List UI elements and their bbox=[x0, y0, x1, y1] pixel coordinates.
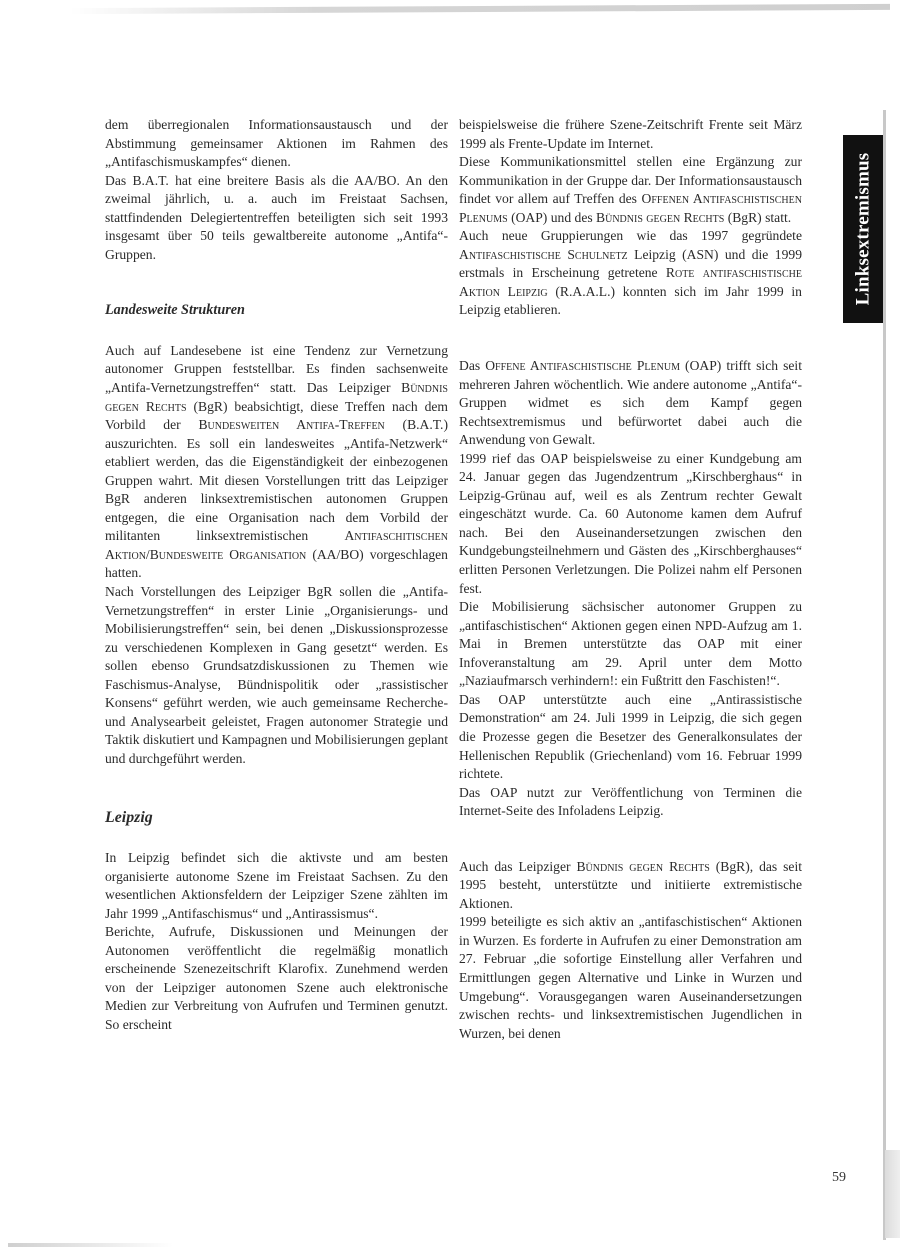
right-column: beispielsweise die frühere Szene-Zeitsch… bbox=[459, 116, 802, 1043]
paragraph: Das OAP nutzt zur Veröffentlichung von T… bbox=[459, 784, 802, 821]
subsection-heading: Leipzig bbox=[105, 809, 448, 828]
paragraph: Auch neue Gruppierungen wie das 1997 geg… bbox=[459, 227, 802, 320]
section-tab-label: Linksextremismus bbox=[852, 153, 874, 306]
scan-edge-top bbox=[70, 4, 890, 14]
org-name: Offene Antifaschistische Plenum bbox=[485, 358, 680, 373]
paragraph: In Leipzig befindet sich die aktivste un… bbox=[105, 849, 448, 923]
scan-edge-corner bbox=[885, 1150, 900, 1238]
org-name: Bundesweiten Antifa-Treffen bbox=[198, 417, 384, 432]
paragraph: Diese Kommunikationsmittel stellen eine … bbox=[459, 153, 802, 227]
paragraph: Das Offene Antifaschistische Plenum (OAP… bbox=[459, 357, 802, 450]
scan-edge-right bbox=[883, 110, 886, 1240]
section-heading: Landesweite Strukturen bbox=[105, 301, 448, 320]
paragraph: Nach Vorstellungen des Leipziger BgR sol… bbox=[105, 583, 448, 768]
paragraph: Das OAP unterstützte auch eine „Antirass… bbox=[459, 691, 802, 784]
org-name: Bündnis gegen Rechts bbox=[576, 859, 709, 874]
paragraph: Das B.A.T. hat eine breitere Basis als d… bbox=[105, 172, 448, 265]
paragraph: Auch auf Landesebene ist eine Tendenz zu… bbox=[105, 342, 448, 583]
left-column: dem überregionalen Informationsaustausch… bbox=[105, 116, 448, 1035]
paragraph: 1999 rief das OAP beispielsweise zu eine… bbox=[459, 450, 802, 598]
paragraph: Die Mobilisierung sächsischer autonomer … bbox=[459, 598, 802, 691]
org-name: Antifaschistische Schulnetz bbox=[459, 247, 628, 262]
paragraph: Auch das Leipziger Bündnis gegen Rechts … bbox=[459, 858, 802, 914]
scan-edge-bottom bbox=[8, 1243, 173, 1247]
paragraph: Berichte, Aufrufe, Diskussionen und Mein… bbox=[105, 923, 448, 1034]
paragraph: beispielsweise die frühere Szene-Zeitsch… bbox=[459, 116, 802, 153]
paragraph: 1999 beteiligte es sich aktiv an „antifa… bbox=[459, 913, 802, 1043]
page-number: 59 bbox=[832, 1170, 846, 1186]
paragraph: dem überregionalen Informationsaustausch… bbox=[105, 116, 448, 172]
org-name: Bündnis gegen Rechts bbox=[596, 210, 724, 225]
section-tab: Linksextremismus bbox=[843, 135, 883, 323]
